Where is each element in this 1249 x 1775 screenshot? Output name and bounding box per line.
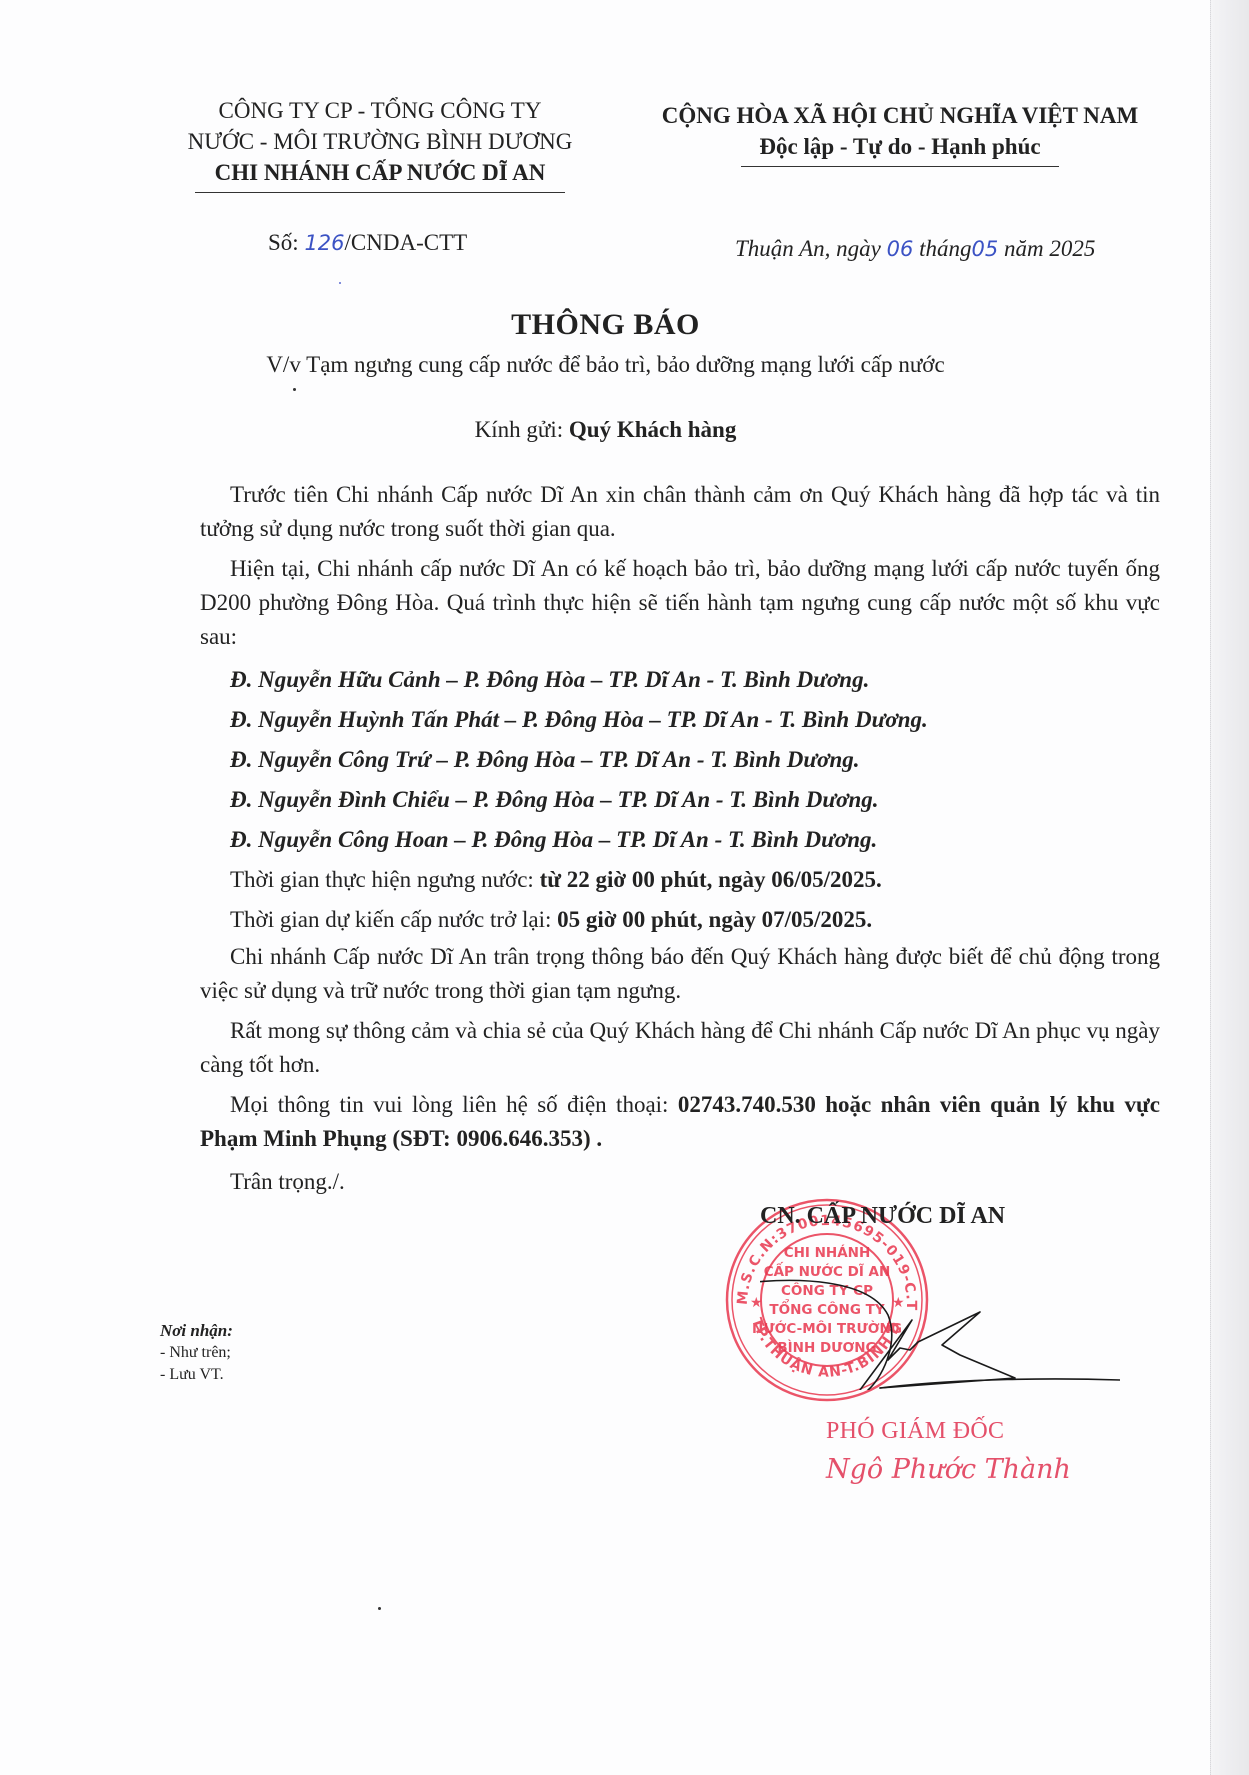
issuer-parent-line2: NƯỚC - MÔI TRƯỜNG BÌNH DƯƠNG (150, 126, 610, 157)
contact-label: Mọi thông tin vui lòng liên hệ số điện t… (230, 1092, 678, 1117)
body-paragraph-intro: Trước tiên Chi nhánh Cấp nước Dĩ An xin … (200, 478, 1160, 552)
stop-time-label: Thời gian thực hiện ngưng nước: (230, 867, 540, 892)
scan-speck (339, 282, 341, 284)
resume-time-label: Thời gian dự kiến cấp nước trở lại: (230, 907, 557, 932)
reference-number: Số: 126/CNDA-CTT (268, 230, 467, 256)
date-line: Thuận An, ngày 06 tháng05 năm 2025 (735, 236, 1095, 262)
issuer-underline (195, 192, 565, 193)
national-header: CỘNG HÒA XÃ HỘI CHỦ NGHĨA VIỆT NAM Độc l… (630, 100, 1170, 167)
document-body: Trước tiên Chi nhánh Cấp nước Dĩ An xin … (200, 478, 1160, 1202)
body-paragraph-contact: Mọi thông tin vui lòng liên hệ số điện t… (200, 1088, 1160, 1162)
body-paragraph-notice: Chi nhánh Cấp nước Dĩ An trân trọng thôn… (200, 940, 1160, 1014)
recipients-heading: Nơi nhận: (160, 1320, 233, 1342)
greeting-recipient: Quý Khách hàng (569, 417, 736, 442)
date-month-label: tháng (913, 236, 971, 261)
scan-speck (378, 1607, 381, 1610)
date-year-label: năm 2025 (998, 236, 1095, 261)
greeting-label: Kính gửi: (475, 417, 569, 442)
signer-name-stamp: Ngô Phước Thành (826, 1454, 1071, 1485)
date-place: Thuận An, ngày (735, 236, 887, 261)
issuer-branch-name: CHI NHÁNH CẤP NƯỚC DĨ AN (150, 157, 610, 188)
resume-time: Thời gian dự kiến cấp nước trở lại: 05 g… (200, 900, 1160, 940)
closing: Trân trọng./. (200, 1162, 1160, 1202)
location-item: Đ. Nguyễn Công Trứ – P. Đông Hòa – TP. D… (200, 740, 1160, 780)
issuer-header: CÔNG TY CP - TỔNG CÔNG TY NƯỚC - MÔI TRƯ… (150, 95, 610, 193)
document-title: THÔNG BÁO (0, 308, 1211, 342)
national-motto: Độc lập - Tự do - Hạnh phúc (630, 131, 1170, 162)
handwritten-signature (760, 1220, 1120, 1390)
body-paragraph-apology: Rất mong sự thông cảm và chia sẻ của Quý… (200, 1014, 1160, 1088)
national-title: CỘNG HÒA XÃ HỘI CHỦ NGHĨA VIỆT NAM (630, 100, 1170, 131)
reference-number-handwritten: 126 (304, 231, 344, 255)
reference-suffix: /CNDA-CTT (345, 230, 468, 255)
resume-time-value: 05 giờ 00 phút, ngày 07/05/2025. (557, 907, 872, 932)
recipients-block: Nơi nhận: - Như trên; - Lưu VT. (160, 1320, 233, 1386)
recipient-item: - Như trên; (160, 1342, 233, 1364)
recipient-item: - Lưu VT. (160, 1364, 233, 1386)
stop-time: Thời gian thực hiện ngưng nước: từ 22 gi… (200, 860, 1160, 900)
location-item: Đ. Nguyễn Đình Chiểu – P. Đông Hòa – TP.… (200, 780, 1160, 820)
scan-page-edge (1210, 0, 1249, 1775)
date-month-handwritten: 05 (972, 237, 999, 261)
motto-underline (741, 166, 1059, 167)
stop-time-value: từ 22 giờ 00 phút, ngày 06/05/2025. (540, 867, 882, 892)
scan-speck (293, 388, 296, 391)
body-paragraph-plan: Hiện tại, Chi nhánh cấp nước Dĩ An có kế… (200, 552, 1160, 660)
greeting: Kính gửi: Quý Khách hàng (0, 417, 1211, 443)
location-item: Đ. Nguyễn Công Hoan – P. Đông Hòa – TP. … (200, 820, 1160, 860)
location-item: Đ. Nguyễn Huỳnh Tấn Phát – P. Đông Hòa –… (200, 700, 1160, 740)
reference-prefix: Số: (268, 230, 304, 255)
signer-role: PHÓ GIÁM ĐỐC (826, 1418, 1004, 1445)
document-subject: V/v Tạm ngưng cung cấp nước để bảo trì, … (0, 352, 1211, 378)
date-day-handwritten: 06 (887, 237, 914, 261)
issuer-parent-line1: CÔNG TY CP - TỔNG CÔNG TY (150, 95, 610, 126)
location-item: Đ. Nguyễn Hữu Cảnh – P. Đông Hòa – TP. D… (200, 660, 1160, 700)
